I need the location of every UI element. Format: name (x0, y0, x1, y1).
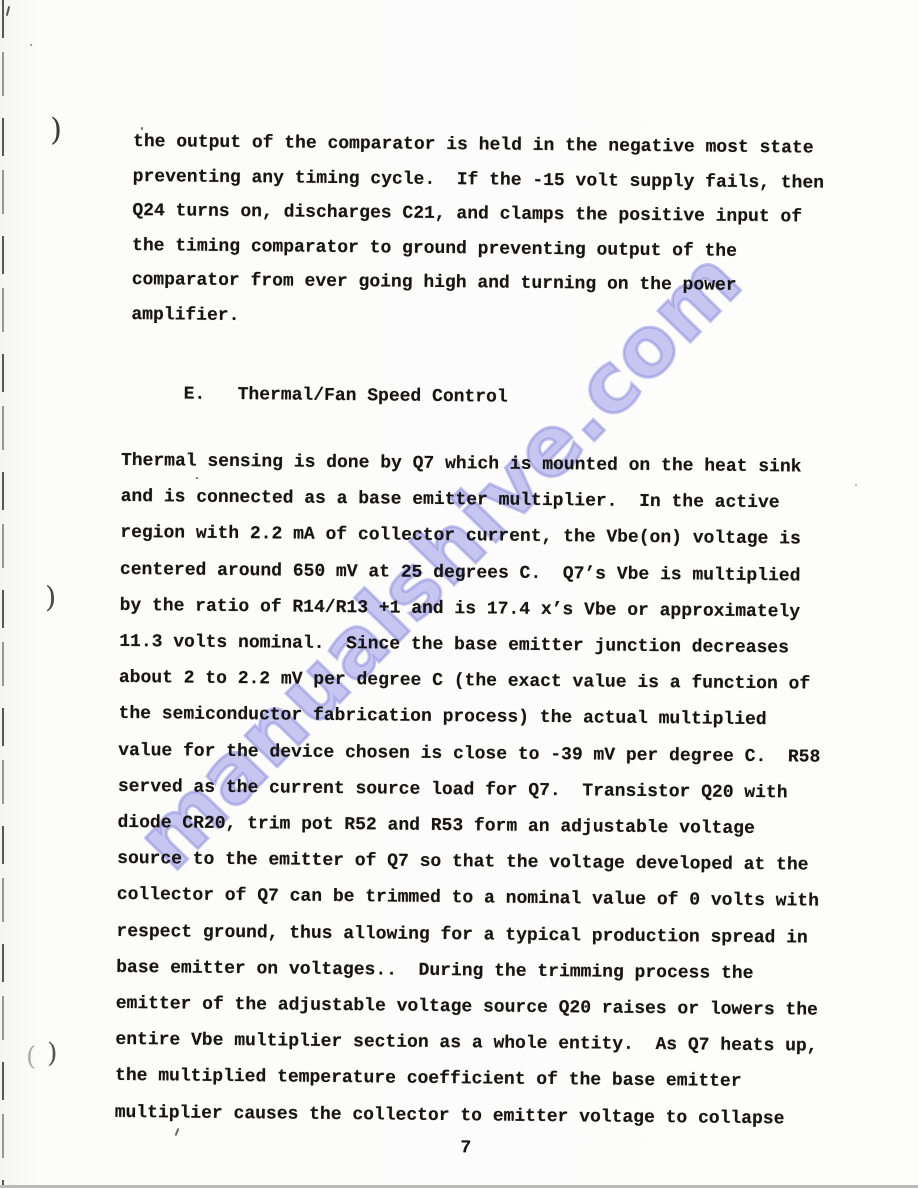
paragraph-thermal-sensing: Thermal sensing is done by Q7 which is m… (115, 443, 824, 1138)
text-line: comparator from ever going high and turn… (132, 263, 824, 304)
scanned-document-page: manualshive.com the output of the compar… (0, 0, 918, 1188)
text-line: amplifier. (131, 297, 823, 338)
text-line: Q24 turns on, discharges C21, and clamps… (132, 194, 824, 235)
text-line: collector of Q7 can be trimmed to a nomi… (117, 877, 819, 920)
margin-paren-mark: ) (45, 580, 56, 614)
scan-speck (855, 484, 857, 486)
text-line: the output of the comparator is held in … (133, 125, 825, 166)
scan-speck (30, 44, 32, 46)
margin-paren-mark: ) (47, 1038, 58, 1069)
text-line: region with 2.2 mA of collector current,… (120, 515, 822, 558)
scan-speck (196, 477, 198, 479)
document-body: the output of the comparator is held in … (0, 0, 918, 1188)
text-line: the multiplied temperature coefficient o… (115, 1058, 817, 1101)
section-heading-thermal-fan-speed-control: E. Thermal/Fan Speed Control (183, 377, 507, 415)
page-number: 7 (460, 1131, 471, 1166)
scan-speck (141, 127, 143, 130)
scan-edge-line (2, 0, 4, 1188)
margin-paren-mark: ) (50, 112, 62, 148)
text-line: the semiconductor fabrication process) t… (118, 696, 820, 739)
margin-paren-mark: ( (26, 1042, 36, 1072)
paragraph-comparator-failsafe: the output of the comparator is held in … (131, 125, 824, 339)
